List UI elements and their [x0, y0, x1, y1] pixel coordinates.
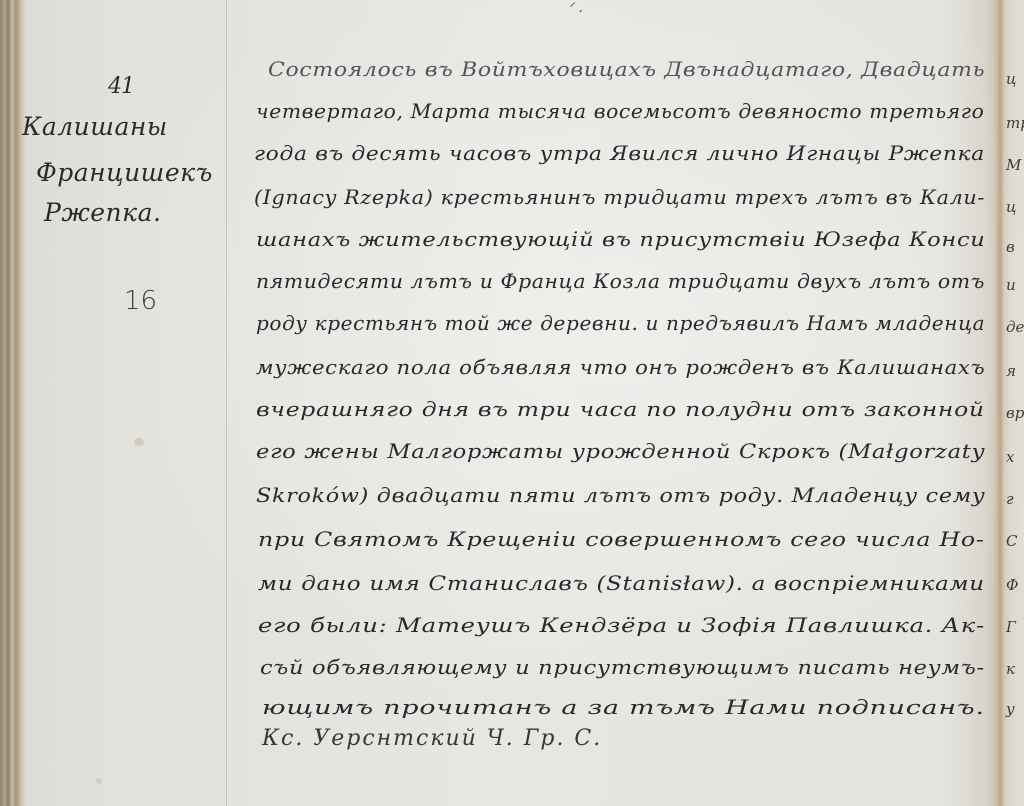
margin-child-name: Францишекъ — [36, 158, 213, 187]
margin-rule-line — [226, 0, 227, 806]
top-ink-fragment: ᐟ . — [568, 0, 583, 16]
adjacent-text: Ф — [1006, 576, 1018, 594]
body-line: шанахъ жительствующій въ присутствіи Юзе… — [256, 228, 985, 251]
adjacent-text: г — [1006, 490, 1014, 508]
body-line: вчерашняго дня въ три часа по полудни от… — [256, 398, 985, 421]
body-line: при Святомъ Крещеніи совершенномъ сего ч… — [258, 528, 985, 551]
body-line: (Ignacy Rzepka) крестьянинъ тридцати тре… — [254, 186, 985, 209]
body-line: ми дано имя Станиславъ (Stanisław). а во… — [258, 572, 985, 595]
page-count-mark: 16 — [124, 286, 157, 316]
body-line: ющимъ прочитанъ а за тъмъ Нами подписанъ… — [262, 696, 985, 719]
entry-number: 41 — [108, 74, 134, 99]
adjacent-text: ц — [1006, 70, 1016, 88]
paper-stain — [134, 438, 144, 446]
document-page: ᐟ . 41 Калишаны Францишекъ Ржепка. 16 Со… — [0, 0, 1024, 806]
body-line: съй объявляющему и присутствующимъ писат… — [260, 656, 985, 679]
adjacent-text: вр — [1006, 404, 1024, 422]
priest-signature: Кс. Уерснтский Ч. Гр. С. — [262, 726, 602, 751]
margin-surname: Ржепка. — [44, 198, 161, 227]
body-line: его были: Матеушъ Кендзёра и Зофія Павли… — [258, 614, 985, 637]
body-line: Skroków) двадцати пяти лътъ отъ роду. Мл… — [256, 484, 985, 507]
adjacent-text: тр — [1006, 114, 1024, 132]
adjacent-text: де — [1006, 318, 1024, 336]
body-line: четвертаго, Марта тысяча восемьсотъ девя… — [256, 100, 984, 123]
adjacent-text: С — [1006, 532, 1017, 550]
body-line: мужескаго пола объявляя что онъ рожденъ … — [256, 356, 985, 379]
adjacent-text: М — [1006, 156, 1021, 174]
paper-stain — [96, 778, 102, 784]
adjacent-text: Г — [1006, 618, 1016, 636]
adjacent-text: я — [1006, 362, 1016, 380]
page-fold-gutter — [994, 0, 1004, 806]
body-line: года въ десять часовъ утра Явился лично … — [254, 142, 985, 165]
body-line: Состоялось въ Войтъховицахъ Двънадцатаго… — [268, 58, 985, 81]
adjacent-text: и — [1006, 276, 1016, 294]
adjacent-text: х — [1006, 448, 1014, 466]
body-line: роду крестьянъ той же деревни. и предъяв… — [256, 312, 985, 335]
adjacent-text: к — [1006, 660, 1015, 678]
adjacent-text: ц — [1006, 198, 1016, 216]
body-line: его жены Малгоржаты урожденной Скрокъ (M… — [256, 440, 985, 463]
body-line: пятидесяти лътъ и Франца Козла тридцати … — [256, 270, 985, 293]
adjacent-text: в — [1006, 238, 1015, 256]
margin-village-name: Калишаны — [22, 112, 168, 141]
adjacent-page-fragment: ц тр М ц в и де я вр х г С Ф Г к у — [1004, 0, 1024, 806]
adjacent-text: у — [1006, 700, 1015, 718]
